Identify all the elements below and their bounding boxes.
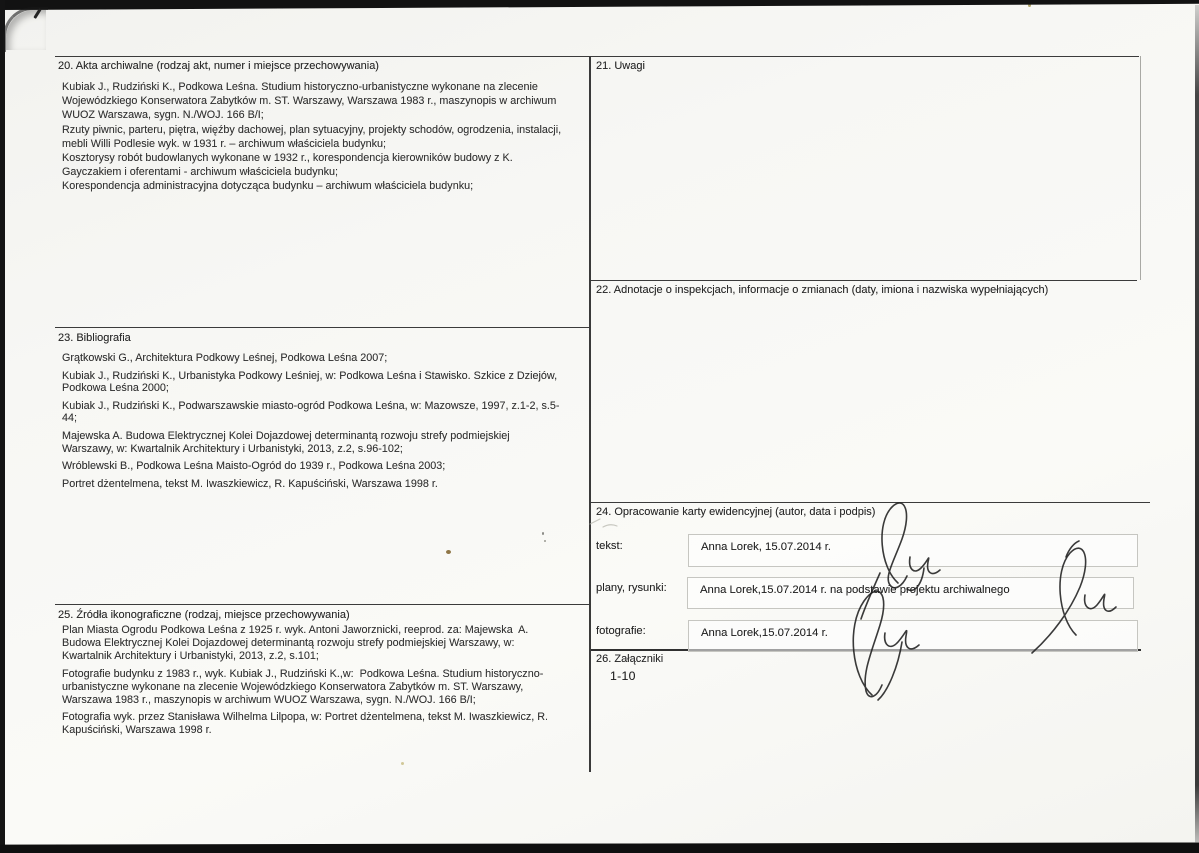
field-label-tekst: tekst: xyxy=(596,540,623,552)
section20-body: Kubiak J., Rudziński K., Podkowa Leśna. … xyxy=(62,80,561,194)
field-label-plany-rysunki: plany, rysunki: xyxy=(596,582,667,594)
section22-top-rule xyxy=(589,280,1137,281)
column-divider-line xyxy=(589,56,591,772)
paragraph: Korespondencja administracyjna dotycząca… xyxy=(62,179,561,193)
section24-title: 24. Opracowanie karty ewidencyjnej (auto… xyxy=(596,506,875,518)
paragraph: Wróblewski B., Podkowa Leśna Maisto-Ogró… xyxy=(62,460,559,473)
paragraph: Kubiak J., Rudziński K., Urbanistyka Pod… xyxy=(62,370,559,395)
paragraph: Grątkowski G., Architektura Podkowy Leśn… xyxy=(62,352,559,365)
paragraph: Fotografia wyk. przez Stanisława Wilhelm… xyxy=(62,711,548,737)
section20-title: 20. Akta archiwalne (rodzaj akt, numer i… xyxy=(58,60,379,72)
dust-speck xyxy=(446,550,451,554)
section24-top-rule xyxy=(589,502,1150,503)
section21-title: 21. Uwagi xyxy=(596,60,645,72)
section25-top-rule xyxy=(55,604,589,605)
attachments-value: 1-10 xyxy=(610,669,636,683)
scanned-page: 20. Akta archiwalne (rodzaj akt, numer i… xyxy=(0,0,1199,853)
section21-top-rule xyxy=(589,56,1139,57)
field-value-tekst: Anna Lorek, 15.07.2014 r. xyxy=(701,541,831,553)
paragraph: Portret dżentelmena, tekst M. Iwaszkiewi… xyxy=(62,478,559,491)
paragraph: Kubiak J., Rudziński K., Podkowa Leśna. … xyxy=(62,80,561,123)
field-label-fotografie: fotografie: xyxy=(596,625,646,637)
section20-top-rule xyxy=(55,56,589,57)
paragraph: Kosztorysy robót budowlanych wykonane w … xyxy=(62,151,561,179)
section26-title: 26. Załączniki xyxy=(596,653,663,665)
field-value-fotografie: Anna Lorek,15.07.2014 r. xyxy=(701,627,828,639)
paragraph: Rzuty piwnic, parteru, piętra, więźby da… xyxy=(62,123,561,151)
section25-title: 25. Źródła ikonograficzne (rodzaj, miejs… xyxy=(58,609,350,621)
section23-top-rule xyxy=(55,327,589,328)
paragraph: Fotografie budynku z 1983 r., wyk. Kubia… xyxy=(62,668,548,708)
section25-body: Plan Miasta Ogrodu Podkowa Leśna z 1925 … xyxy=(62,624,548,742)
dust-speck xyxy=(544,540,546,542)
section23-title: 23. Bibliografia xyxy=(58,332,131,344)
scan-edge-left xyxy=(0,0,5,853)
section22-title: 22. Adnotacje o inspekcjach, informacje … xyxy=(596,284,1048,296)
scan-edge-right xyxy=(1195,5,1199,843)
paragraph: Plan Miasta Ogrodu Podkowa Leśna z 1925 … xyxy=(62,624,548,664)
dust-speck xyxy=(401,762,404,765)
section23-body: Grątkowski G., Architektura Podkowy Leśn… xyxy=(62,352,559,495)
paragraph: Kubiak J., Rudziński K., Podwarszawskie … xyxy=(62,400,559,425)
paragraph: Majewska A. Budowa Elektrycznej Kolei Do… xyxy=(62,430,559,455)
dust-speck xyxy=(542,532,544,535)
field-value-plany-rysunki: Anna Lorek,15.07.2014 r. na podstawie pr… xyxy=(700,584,1010,596)
section21-right-border xyxy=(1140,56,1141,280)
